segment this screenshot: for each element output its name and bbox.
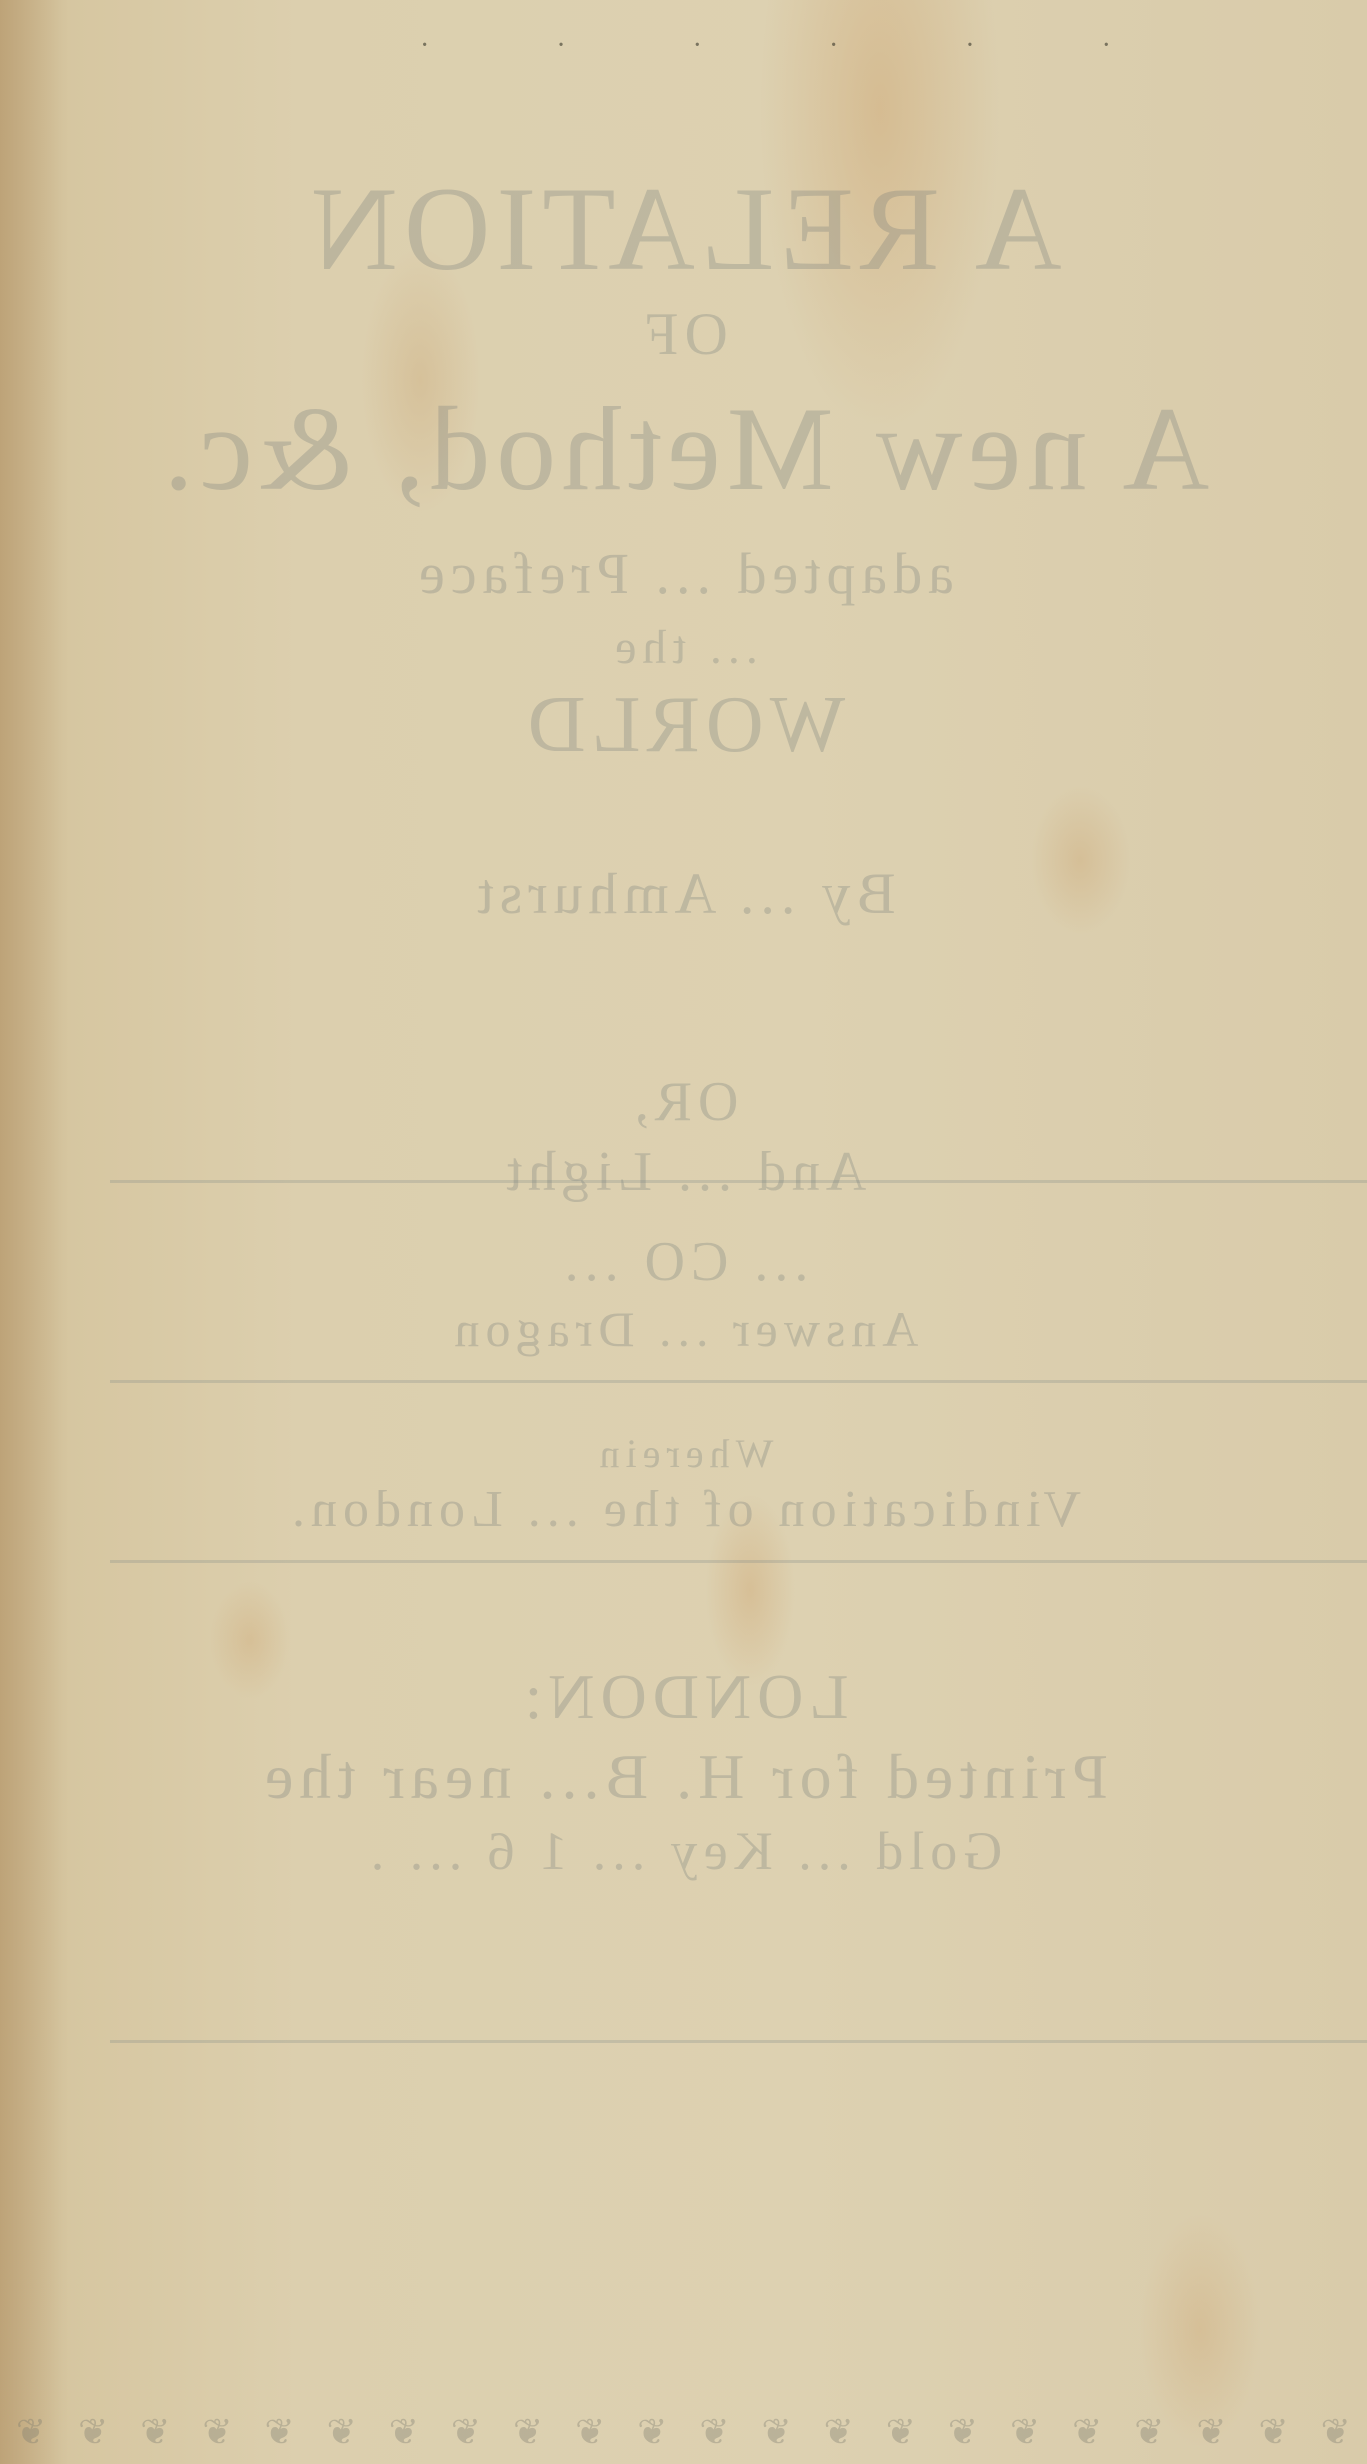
title-line: By ... Amhurst (0, 860, 1367, 927)
title-line: WORLD (0, 680, 1367, 771)
fleuron-border-ornament: ❦❦❦❦❦❦❦❦❦❦❦❦❦❦❦❦❦❦❦❦❦❦ (0, 2400, 1367, 2464)
fleuron-icon: ❦ (575, 2412, 605, 2453)
title-line: OF (0, 300, 1367, 369)
fleuron-icon: ❦ (16, 2412, 46, 2453)
title-line: ... CO ... (0, 1230, 1367, 1294)
fleuron-icon: ❦ (78, 2412, 108, 2453)
fleuron-icon: ❦ (1196, 2412, 1226, 2453)
fleuron-icon: ❦ (886, 2412, 916, 2453)
fleuron-icon: ❦ (1321, 2412, 1351, 2453)
top-ink-marks: · · · · · · (420, 30, 1171, 62)
fleuron-icon: ❦ (451, 2412, 481, 2453)
fleuron-icon: ❦ (140, 2412, 170, 2453)
fleuron-icon: ❦ (637, 2412, 667, 2453)
fleuron-icon: ❦ (1258, 2412, 1288, 2453)
fleuron-icon: ❦ (389, 2412, 419, 2453)
title-line: OR, (0, 1070, 1367, 1134)
fleuron-icon: ❦ (824, 2412, 854, 2453)
fleuron-icon: ❦ (1010, 2412, 1040, 2453)
fleuron-icon: ❦ (1072, 2412, 1102, 2453)
horizontal-rule (110, 1560, 1367, 1563)
fleuron-icon: ❦ (699, 2412, 729, 2453)
title-line: LONDON: (0, 1660, 1367, 1734)
horizontal-rule (110, 2040, 1367, 2043)
fleuron-icon: ❦ (264, 2412, 294, 2453)
title-line: And ... Light (0, 1140, 1367, 1204)
title-line: Gold ... Key ... 1 6 ... . (0, 1820, 1367, 1882)
title-line: A RELATION (0, 160, 1367, 298)
fleuron-icon: ❦ (948, 2412, 978, 2453)
title-line: Wherein (0, 1430, 1367, 1477)
fleuron-icon: ❦ (513, 2412, 543, 2453)
fleuron-icon: ❦ (1134, 2412, 1164, 2453)
title-line: adapted ... Preface (0, 540, 1367, 607)
title-line: ... the (0, 620, 1367, 675)
fleuron-icon: ❦ (761, 2412, 791, 2453)
horizontal-rule (110, 1380, 1367, 1383)
title-line: Vindication of the ... London. (0, 1480, 1367, 1539)
title-line: Printed for H. B... near the (0, 1740, 1367, 1814)
horizontal-rule (110, 1180, 1367, 1183)
fleuron-icon: ❦ (202, 2412, 232, 2453)
title-line: Answer ... Dragon (0, 1300, 1367, 1358)
fleuron-icon: ❦ (327, 2412, 357, 2453)
aged-paper-page: · · · · · · A RELATIONOFA new Method, &c… (0, 0, 1367, 2464)
title-line: A new Method, &c. (0, 380, 1367, 518)
